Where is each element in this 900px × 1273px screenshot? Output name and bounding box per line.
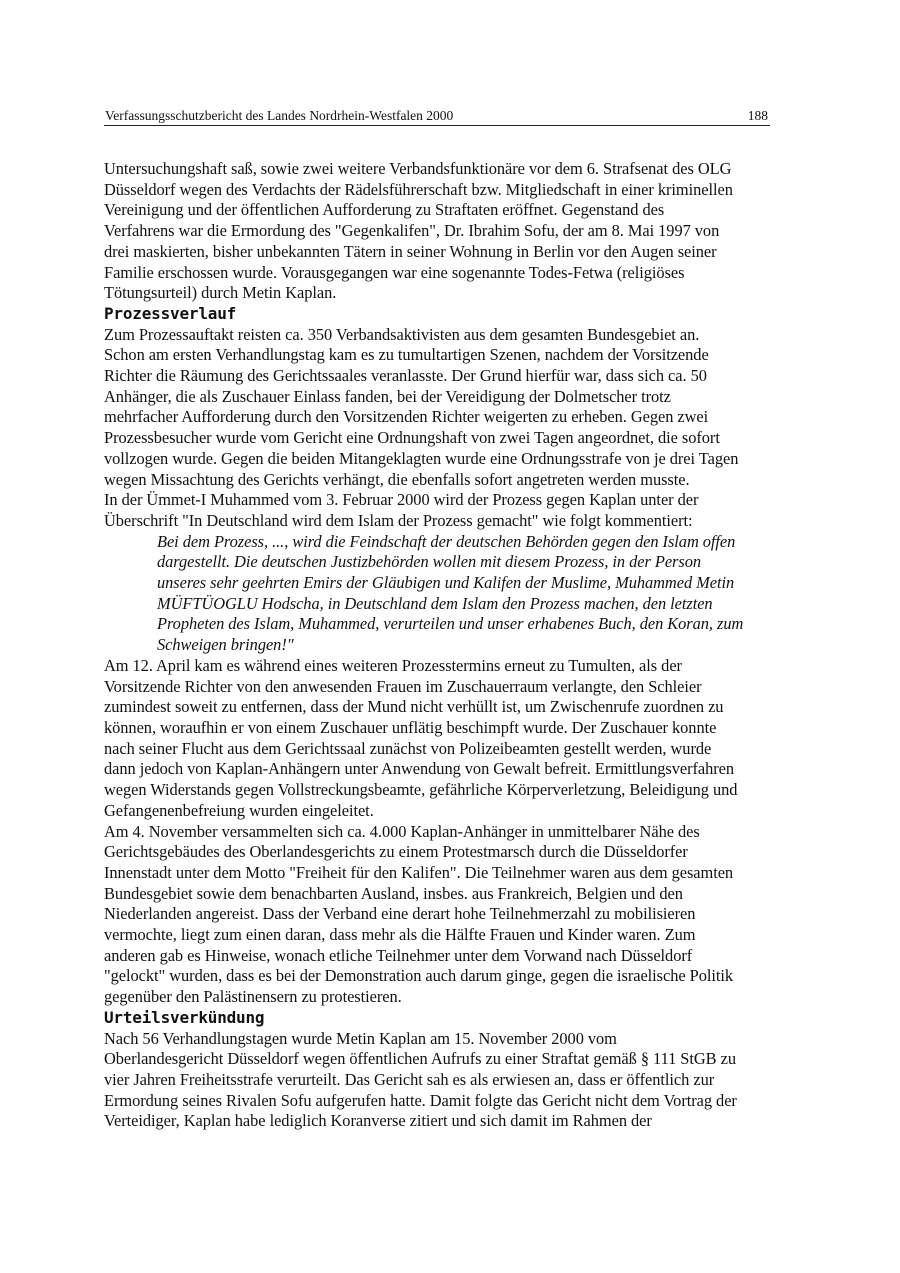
running-header-title: Verfassungsschutzbericht des Landes Nord…	[105, 108, 453, 124]
paragraph-12-april: Am 12. April kam es während eines weiter…	[104, 656, 804, 822]
page-number: 188	[748, 108, 768, 124]
page-header: Verfassungsschutzbericht des Landes Nord…	[104, 107, 770, 126]
paragraph-4-november: Am 4. November versammelten sich ca. 4.0…	[104, 822, 804, 1008]
block-quote: Bei dem Prozess, ..., wird die Feindscha…	[157, 532, 804, 656]
paragraph-prozessauftakt: Zum Prozessauftakt reisten ca. 350 Verba…	[104, 325, 804, 491]
section-heading-urteilsverkuendung: Urteilsverkündung	[104, 1008, 804, 1029]
paragraph-ummet-quote-intro: In der Ümmet-I Muhammed vom 3. Februar 2…	[104, 490, 804, 531]
paragraph-urteil: Nach 56 Verhandlungstagen wurde Metin Ka…	[104, 1029, 804, 1133]
document-body: Untersuchungshaft saß, sowie zwei weiter…	[104, 159, 804, 1132]
intro-paragraph: Untersuchungshaft saß, sowie zwei weiter…	[104, 159, 804, 304]
section-heading-prozessverlauf: Prozessverlauf	[104, 304, 804, 325]
